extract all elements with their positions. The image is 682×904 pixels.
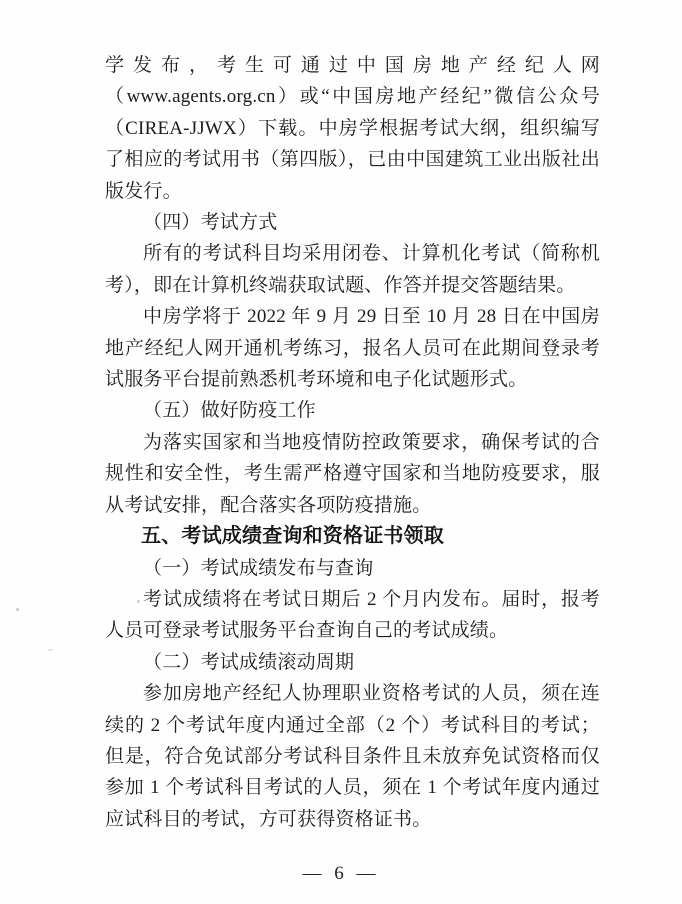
scan-speck (16, 608, 19, 611)
paragraph: 学发布，考生可通过中国房地产经纪人网（www.agents.org.cn）或“中… (105, 50, 600, 207)
scanned-document-page: 学发布，考生可通过中国房地产经纪人网（www.agents.org.cn）或“中… (0, 0, 682, 904)
paragraph: 中房学将于 2022 年 9 月 29 日至 10 月 28 日在中国房地产经纪… (105, 301, 600, 395)
section-heading: 五、考试成绩查询和资格证书领取 (105, 521, 600, 552)
paragraph: 参加房地产经纪人协理职业资格考试的人员，须在连续的 2 个考试年度内通过全部（2… (105, 678, 600, 835)
subsection-heading: （五）做好防疫工作 (105, 395, 600, 426)
paragraph: 为落实国家和当地疫情防控政策要求，确保考试的合规性和安全性，考生需严格遵守国家和… (105, 427, 600, 521)
page-number: — 6 — (0, 858, 682, 889)
subsection-heading: （二）考试成绩滚动周期 (105, 647, 600, 678)
document-body: 学发布，考生可通过中国房地产经纪人网（www.agents.org.cn）或“中… (105, 50, 600, 835)
scan-speck (137, 600, 140, 603)
scan-speck (48, 649, 53, 651)
subsection-heading: （一）考试成绩发布与查询 (105, 553, 600, 584)
paragraph: 考试成绩将在考试日期后 2 个月内发布。届时，报考人员可登录考试服务平台查询自己… (105, 584, 600, 647)
subsection-heading: （四）考试方式 (105, 207, 600, 238)
paragraph: 所有的考试科目均采用闭卷、计算机化考试（简称机考），即在计算机终端获取试题、作答… (105, 238, 600, 301)
